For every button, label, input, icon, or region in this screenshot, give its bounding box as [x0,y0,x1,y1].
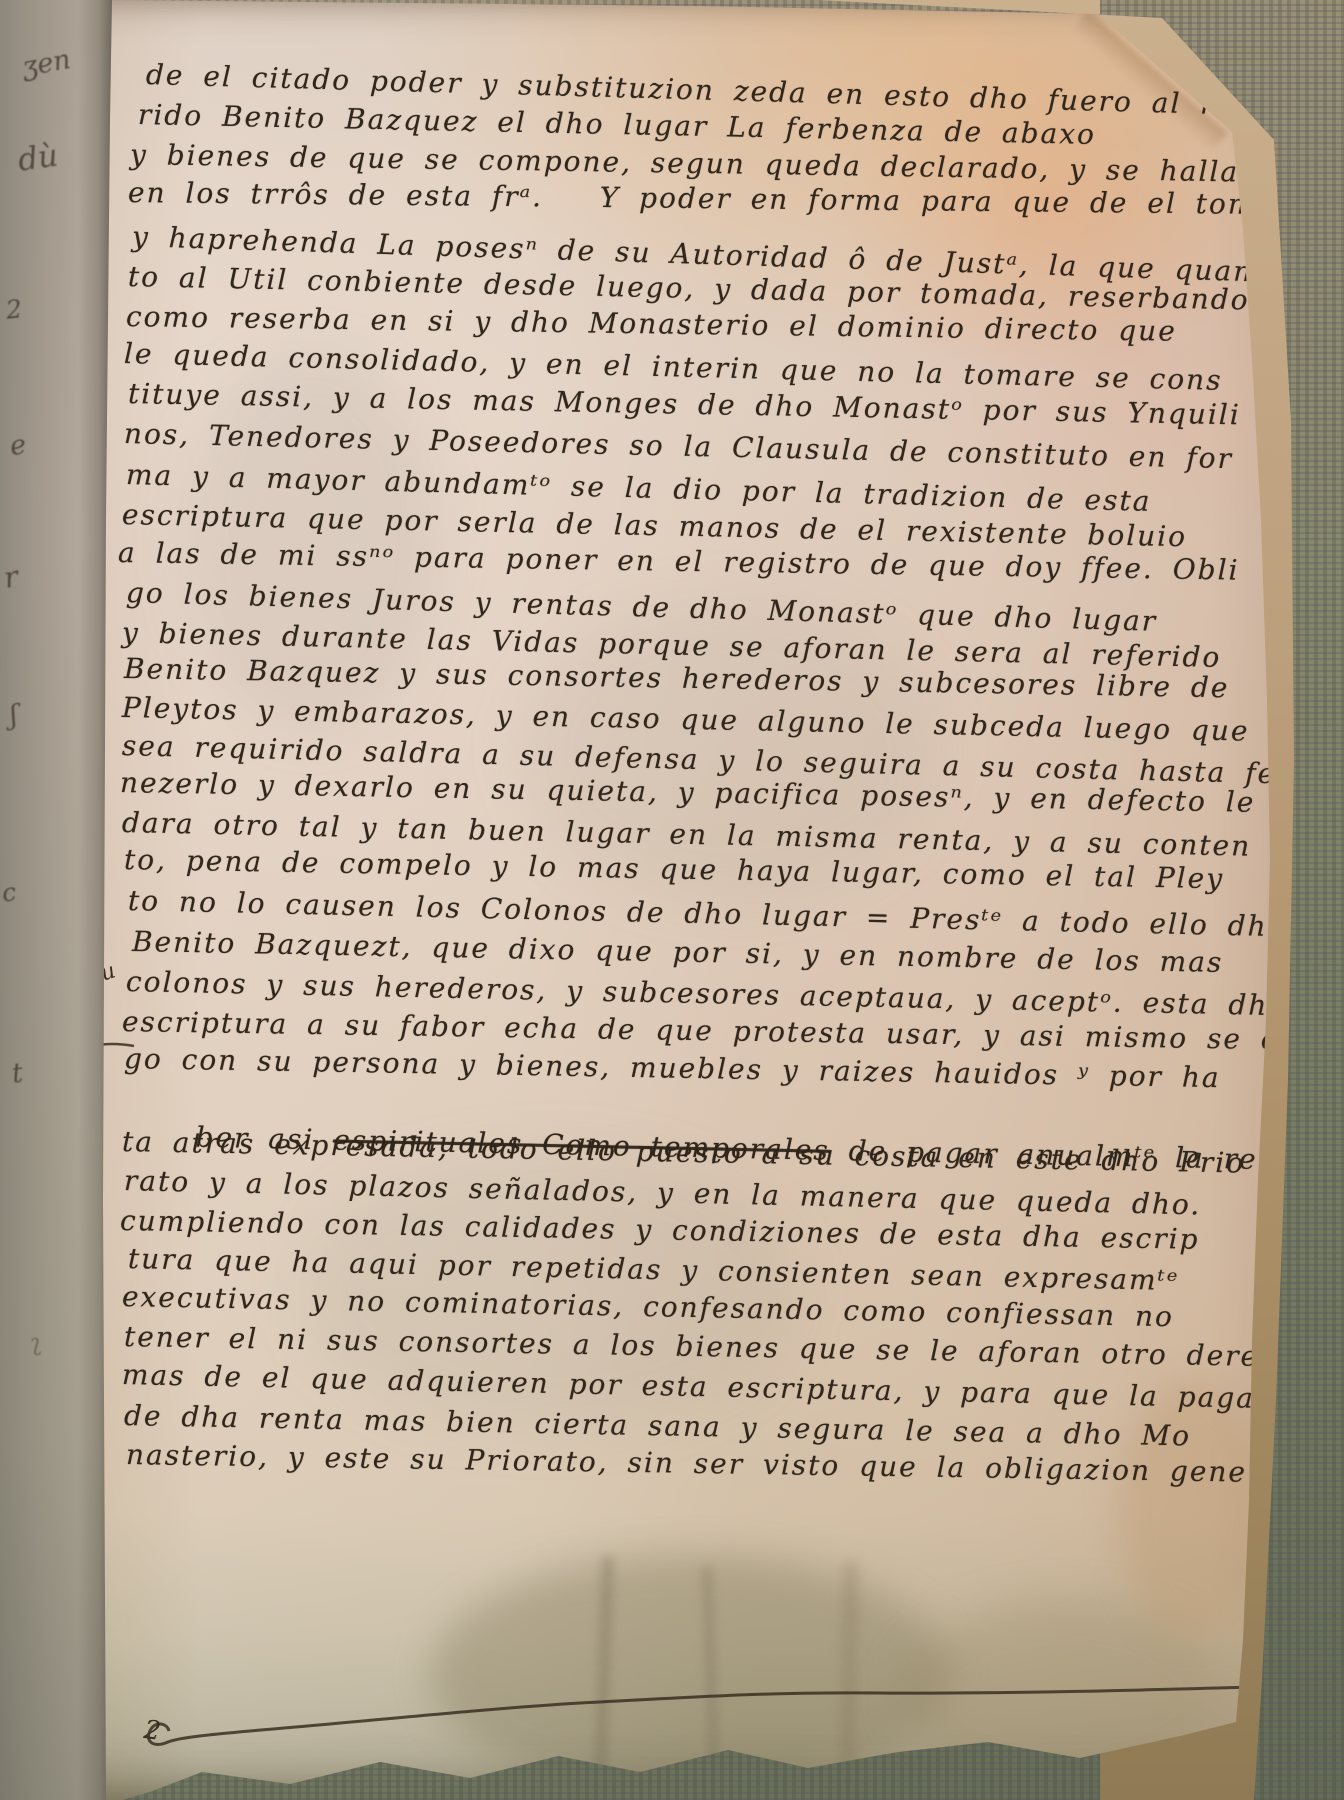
foot-figure: 2 [142,1715,163,1747]
bleed-mark: r [1,559,21,595]
bleed-mark: e [8,429,29,462]
bleed-mark: ʃ [8,700,19,732]
manuscript-page: ou aff ı/. 2 de el citado poder y substi… [0,0,1344,1800]
bleed-mark: 2 [5,294,24,325]
bleed-mark: dù [16,137,60,178]
bleed-mark: c [0,877,18,908]
bleed-mark: ʅ [28,1329,43,1356]
bleed-mark: t [10,1058,24,1090]
bleed-mark: ʒen [20,44,73,83]
previous-page-edge: ʒen dù 2 e r ʃ c t ʅ [0,0,118,1800]
manuscript-photo: { "colors":{"ink":"#31261b","paper":"#dc… [0,0,1344,1800]
